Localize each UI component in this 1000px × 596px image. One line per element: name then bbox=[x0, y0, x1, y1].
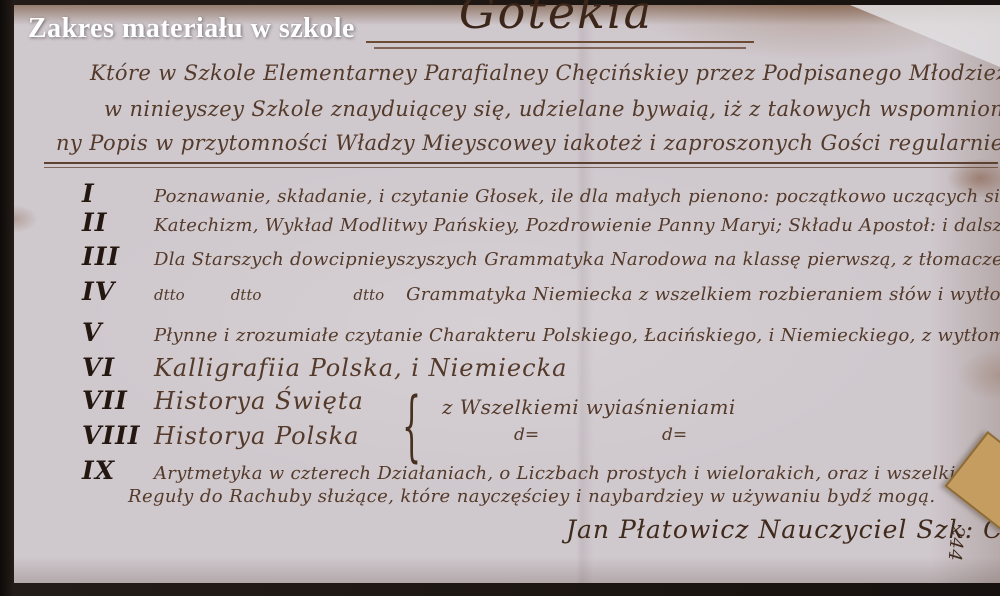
item-text: Dla Starszych dowcipnieyszyszych Grammat… bbox=[154, 249, 1000, 270]
list-item-7: VII Historya Święta bbox=[82, 386, 364, 415]
manuscript-page: Gotekia Które w Szkole Elementarney Para… bbox=[14, 5, 1000, 583]
roman-numeral: IX bbox=[82, 456, 154, 485]
item-text: Katechizm, Wykład Modlitwy Pańskiey, Poz… bbox=[154, 215, 1000, 236]
roman-numeral: VII bbox=[82, 386, 154, 415]
caption-overlay: Zakres materiału w szkole bbox=[28, 13, 355, 45]
item-text: Płynne i zrozumiałe czytanie Charakteru … bbox=[154, 325, 1000, 346]
photo-frame: Gotekia Które w Szkole Elementarney Para… bbox=[0, 0, 1000, 596]
ditto-mark: d= bbox=[662, 425, 687, 445]
item-text-continued: Reguły do Rachuby służące, które nayczęś… bbox=[128, 486, 935, 507]
item-text: Kalligrafiia Polska, i Niemiecka bbox=[154, 354, 567, 382]
title-underline-2 bbox=[374, 47, 746, 49]
roman-numeral: IV bbox=[82, 277, 154, 306]
roman-numeral: VI bbox=[82, 353, 154, 382]
roman-numeral: V bbox=[82, 318, 154, 347]
list-item-9: IX Arytmetyka w czterech Działaniach, o … bbox=[82, 456, 967, 485]
intro-line-2: w ninieyszey Szkole znayduiącey się, udz… bbox=[104, 97, 1000, 121]
list-item-4: IV dtto dtto dtto Grammatyka Niemiecka z… bbox=[82, 277, 1000, 306]
page-number: 244 bbox=[943, 525, 968, 563]
roman-numeral: I bbox=[82, 179, 154, 208]
roman-numeral: VIII bbox=[82, 421, 154, 450]
item-text: Historya Polska bbox=[154, 422, 359, 450]
brace-note: z Wszelkiemi wyiaśnieniami bbox=[442, 395, 736, 419]
intro-line-3: ny Popis w przytomności Władzy Mieyscowe… bbox=[56, 131, 1000, 155]
list-item-8: VIII Historya Polska bbox=[82, 421, 359, 450]
ditto-word: dtto bbox=[154, 286, 185, 304]
list-item-3: III Dla Starszych dowcipnieyszyszych Gra… bbox=[82, 242, 1000, 271]
intro-underline bbox=[44, 162, 998, 164]
roman-numeral: II bbox=[82, 208, 154, 237]
teacher-signature: Jan Płatowicz Nauczyciel Szk: Chęc: bbox=[566, 515, 1000, 544]
document-title: Gotekia bbox=[366, 0, 746, 39]
item-text: Grammatyka Niemiecka z wszelkiem rozbier… bbox=[406, 284, 1000, 305]
ditto-mark: d= bbox=[514, 425, 539, 445]
list-item-5: V Płynne i zrozumiałe czytanie Charakter… bbox=[82, 318, 1000, 347]
roman-numeral: III bbox=[82, 242, 154, 271]
page-corner-highlight bbox=[850, 5, 1000, 67]
ditto-word: dtto bbox=[231, 286, 262, 304]
intro-line-1: Które w Szkole Elementarney Parafialney … bbox=[90, 61, 1000, 85]
list-item-6: VI Kalligrafiia Polska, i Niemiecka bbox=[82, 353, 567, 382]
list-item-2: II Katechizm, Wykład Modlitwy Pańskiey, … bbox=[82, 208, 1000, 237]
item-text: Arytmetyka w czterech Działaniach, o Lic… bbox=[154, 463, 967, 484]
list-item-1: I Poznawanie, składanie, i czytanie Głos… bbox=[82, 179, 1000, 208]
item-text: Historya Święta bbox=[154, 387, 364, 415]
item-text: Poznawanie, składanie, i czytanie Głosek… bbox=[154, 186, 1000, 207]
ditto-word: dtto bbox=[353, 286, 384, 304]
intro-underline-2 bbox=[44, 167, 998, 168]
title-underline bbox=[366, 41, 754, 43]
